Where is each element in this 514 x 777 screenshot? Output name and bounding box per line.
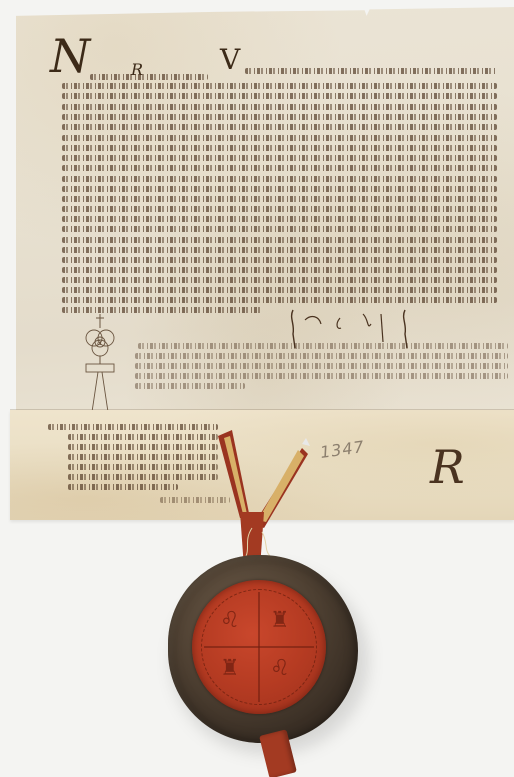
text-line — [62, 186, 497, 192]
text-line — [245, 68, 497, 74]
seal-divider-horizontal — [204, 646, 314, 648]
text-line — [68, 484, 178, 490]
text-line — [62, 257, 497, 263]
text-line — [62, 155, 497, 161]
text-line — [62, 237, 497, 243]
text-line — [62, 114, 497, 120]
text-line — [135, 353, 508, 359]
svg-text:a: a — [97, 338, 102, 347]
text-line — [62, 196, 497, 202]
text-line — [135, 363, 508, 369]
text-line — [62, 83, 497, 89]
castle-icon: ♜ — [220, 656, 240, 681]
text-line — [68, 444, 218, 450]
lion-icon: ♌ — [220, 608, 240, 633]
text-line — [62, 267, 497, 273]
text-line — [68, 474, 218, 480]
text-line — [62, 124, 497, 130]
text-line — [62, 247, 497, 253]
text-line — [62, 93, 497, 99]
text-line — [62, 104, 497, 110]
text-line — [62, 226, 497, 232]
text-line — [62, 165, 497, 171]
text-line — [62, 145, 497, 151]
text-line — [62, 176, 497, 182]
seal-ribbon-cords — [210, 428, 310, 568]
castle-icon: ♜ — [270, 608, 290, 633]
decorated-initial-v: V — [220, 46, 240, 74]
text-line — [62, 287, 497, 293]
lion-icon: ♌ — [270, 656, 290, 681]
text-line — [48, 424, 218, 430]
text-line — [138, 343, 508, 349]
text-line — [62, 277, 497, 283]
notarial-signum-icon: a — [78, 312, 122, 412]
royal-r-mark: R — [430, 440, 465, 494]
text-line — [135, 373, 508, 379]
text-line — [90, 74, 208, 80]
text-line — [62, 135, 497, 141]
decorated-initial-n: N — [50, 33, 90, 79]
text-line — [68, 454, 218, 460]
text-line — [135, 383, 245, 389]
text-line — [62, 206, 497, 212]
text-line — [68, 464, 218, 470]
text-line — [68, 434, 218, 440]
text-line — [62, 216, 497, 222]
